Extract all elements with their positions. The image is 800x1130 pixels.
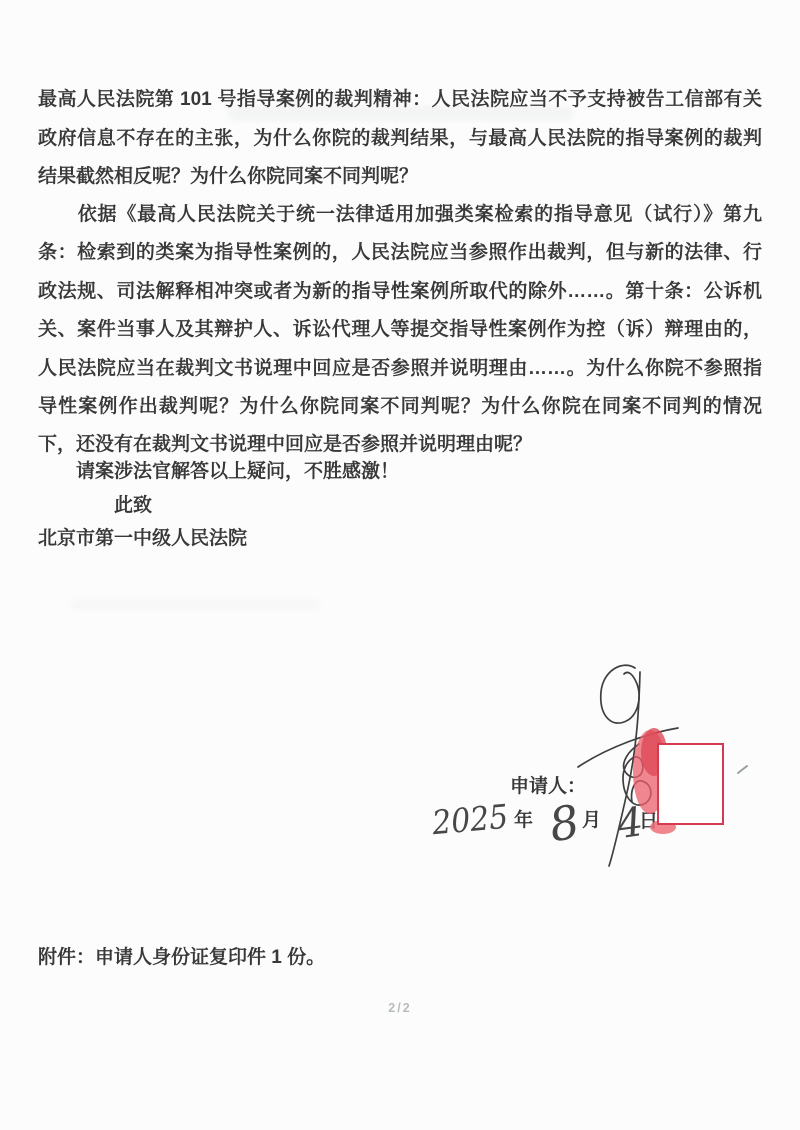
text-line: 导性案例作出裁判呢？为什么你院同案不同判呢？为什么你院在同案不同判的情况 — [38, 388, 762, 426]
thanks-line: 请案涉法官解答以上疑问，不胜感激！ — [38, 455, 762, 489]
scan-bleed-artifact — [70, 600, 320, 610]
stray-ink-mark — [738, 766, 747, 773]
handwritten-date: 2025 8 4 — [430, 794, 646, 852]
handwritten-year: 2025 — [430, 797, 510, 843]
paragraph-guiding-opinion: 依据《最高人民法院关于统一法律适用加强类案检索的指导意见（试行）》第九 条：检索… — [38, 196, 762, 465]
seal-redaction-box — [658, 744, 723, 824]
text-line: 人民法院应当在裁判文书说理中回应是否参照并说明理由……。为什么你院不参照指 — [38, 350, 762, 388]
salute-line: 此致 — [38, 489, 762, 523]
signature-area: 2025 8 4 — [420, 650, 760, 880]
closing-block: 请案涉法官解答以上疑问，不胜感激！ 此致 北京市第一中级人民法院 — [38, 455, 762, 556]
text-line: 政府信息不存在的主张，为什么你院的裁判结果，与最高人民法院的指导案例的裁判 — [38, 120, 762, 159]
text-line: 最高人民法院第 101 号指导案例的裁判精神：人民法院应当不予支持被告工信部有关 — [38, 81, 762, 120]
text-line: 条：检索到的类案为指导性案例的，人民法院应当参照作出裁判，但与新的法律、行 — [38, 234, 762, 272]
handwritten-month: 8 — [545, 794, 583, 852]
court-name-line: 北京市第一中级人民法院 — [38, 522, 762, 556]
text-line: 关、案件当事人及其辩护人、诉讼代理人等提交指导性案例作为控（诉）辩理由的， — [38, 311, 762, 349]
text-line: 结果截然相反呢？为什么你院同案不同判呢？ — [38, 158, 762, 197]
paragraph-judgment-spirit: 最高人民法院第 101 号指导案例的裁判精神：人民法院应当不予支持被告工信部有关… — [38, 81, 762, 197]
attachment-note: 附件：申请人身份证复印件 1 份。 — [38, 939, 762, 978]
page-number: 2/2 — [0, 1001, 800, 1015]
scanned-document-page: 最高人民法院第 101 号指导案例的裁判精神：人民法院应当不予支持被告工信部有关… — [0, 0, 800, 1130]
text-line: 依据《最高人民法院关于统一法律适用加强类案检索的指导意见（试行）》第九 — [38, 196, 762, 234]
text-line: 政法规、司法解释相冲突或者为新的指导性案例所取代的除外……。第十条：公诉机 — [38, 273, 762, 311]
